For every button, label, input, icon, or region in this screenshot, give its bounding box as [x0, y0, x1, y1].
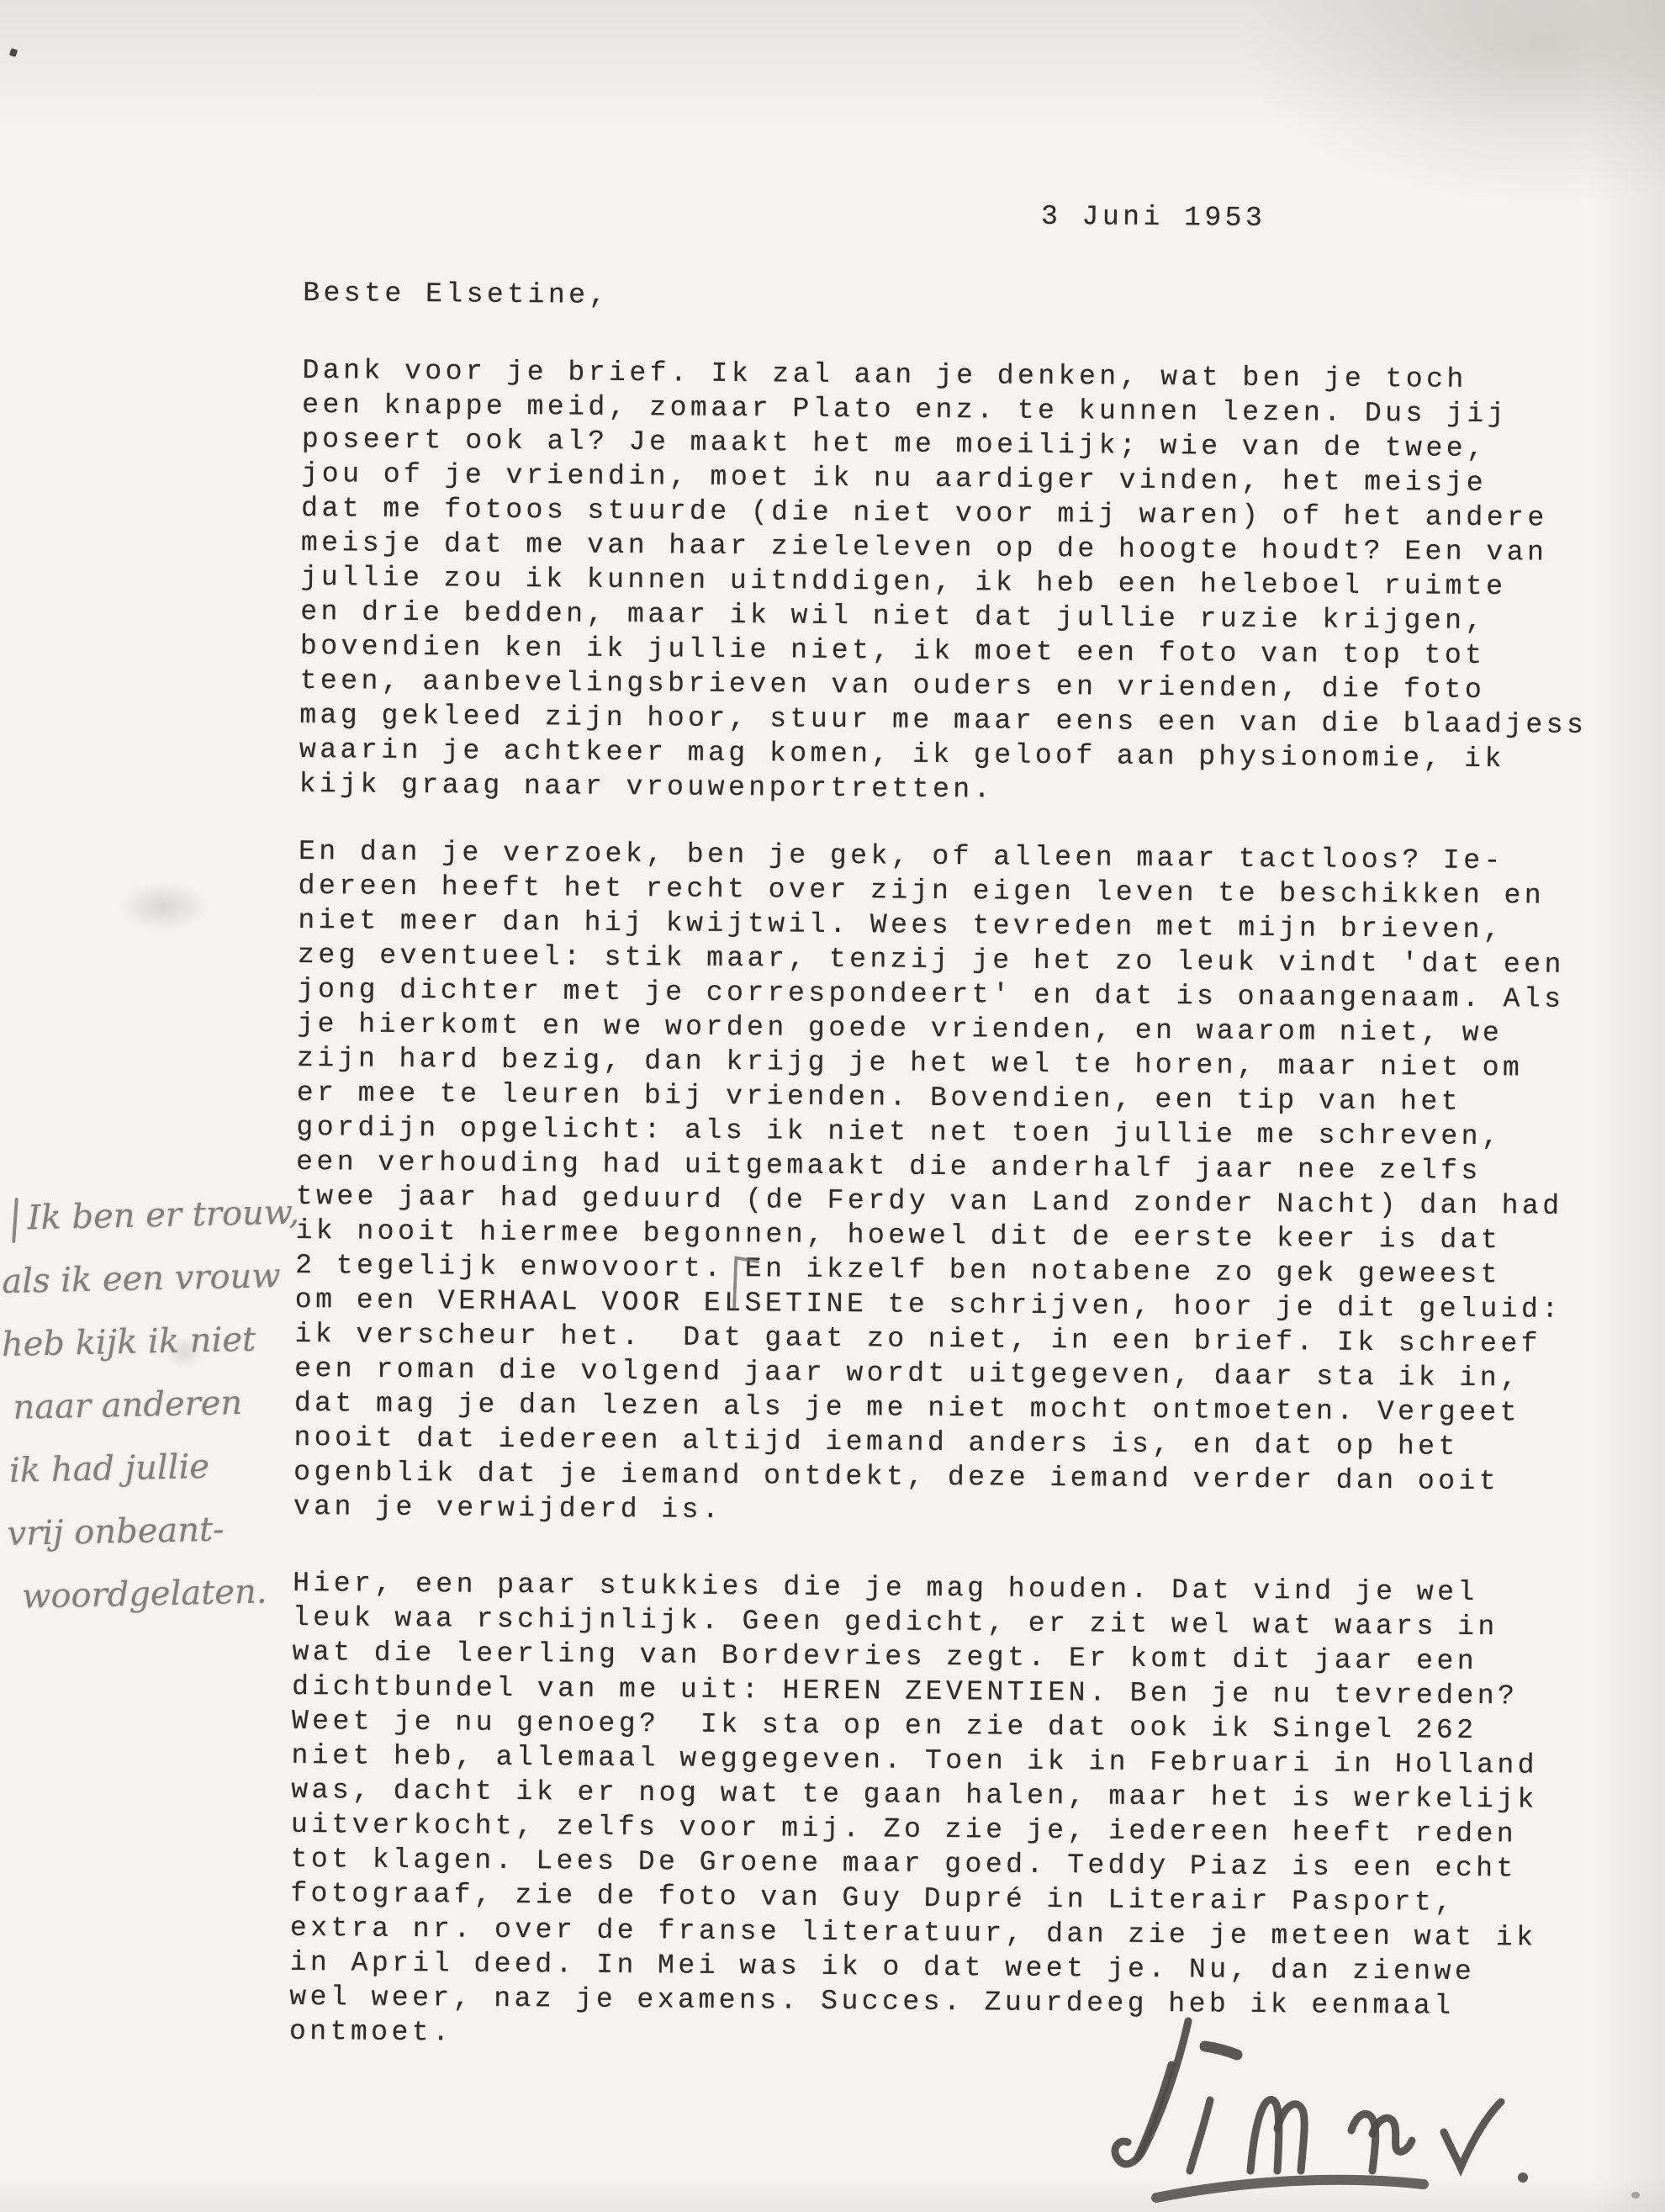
paragraph-2: En dan je verzoek, ben je gek, of alleen…	[293, 834, 1566, 1534]
margin-note-line: ik had jullie	[8, 1433, 319, 1503]
margin-note-line: naar anderen	[13, 1370, 318, 1440]
pencil-corner-mark	[732, 1256, 759, 1313]
signature-svg	[1055, 2006, 1543, 2212]
margin-note-line: als ik een vrouw	[2, 1244, 315, 1314]
date-line: 3 Juni 1953	[1041, 201, 1266, 234]
salutation: Beste Elsetine,	[303, 278, 610, 311]
letter-page: 3 Juni 1953 Beste Elsetine, Dank voor je…	[0, 0, 1665, 2212]
ink-speck	[1631, 2192, 1640, 2199]
paragraph-1: Dank voor je brief. Ik zal aan je denken…	[299, 353, 1590, 812]
paragraph-3: Hier, een paar stukkies die je mag houde…	[289, 1566, 1540, 2059]
scan-edge-shadow-right	[1589, 0, 1665, 2212]
smudge	[118, 881, 210, 932]
margin-note-line: woordgelaten.	[21, 1559, 321, 1628]
margin-note-handwriting: Ik ben er trouw,als ik een vrouwheb kijk…	[2, 1181, 322, 1629]
margin-note-line: heb kijk ik niet	[1, 1307, 316, 1377]
margin-note-line: vrij onbeant-	[7, 1496, 320, 1566]
signature-handwriting	[1055, 2006, 1543, 2212]
margin-note-line: Ik ben er trouw,	[27, 1181, 314, 1250]
